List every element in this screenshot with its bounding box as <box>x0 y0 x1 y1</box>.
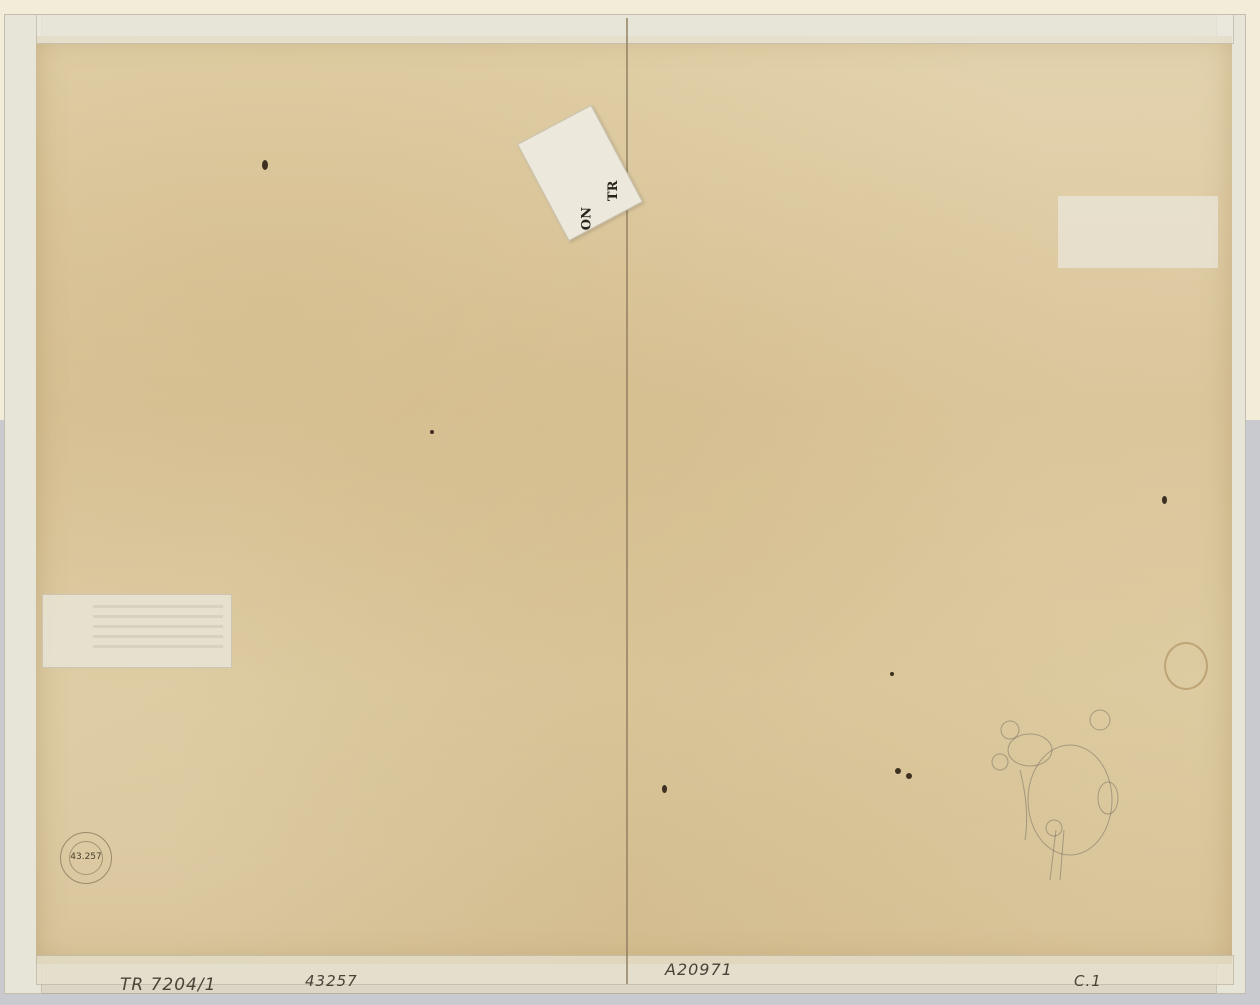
ring-stain <box>1164 642 1208 690</box>
sticker-mark: ON <box>579 207 594 230</box>
ink-spot <box>895 768 901 774</box>
catalog-number: A20971 <box>665 960 733 979</box>
inventory-number: TR 7204/1 <box>120 975 216 995</box>
faded-text <box>93 605 223 655</box>
pencil-sketch <box>990 680 1130 920</box>
center-fold <box>626 18 628 984</box>
sticker-mark: TR <box>606 181 621 201</box>
ink-spot <box>662 785 667 793</box>
sheet-mark: C.1 <box>1074 972 1102 990</box>
tape-patch-right <box>1058 196 1218 268</box>
stamp-number: 43.257 <box>61 852 111 862</box>
label-remnant <box>42 594 232 668</box>
accession-number: 43257 <box>305 972 358 990</box>
tape-top <box>36 14 1234 44</box>
ink-spot <box>430 430 434 434</box>
ink-spot <box>262 160 268 170</box>
ink-spot <box>1162 496 1167 504</box>
collection-stamp: 43.257 <box>60 832 112 884</box>
ink-spot <box>890 672 894 676</box>
ink-spot <box>906 773 912 779</box>
